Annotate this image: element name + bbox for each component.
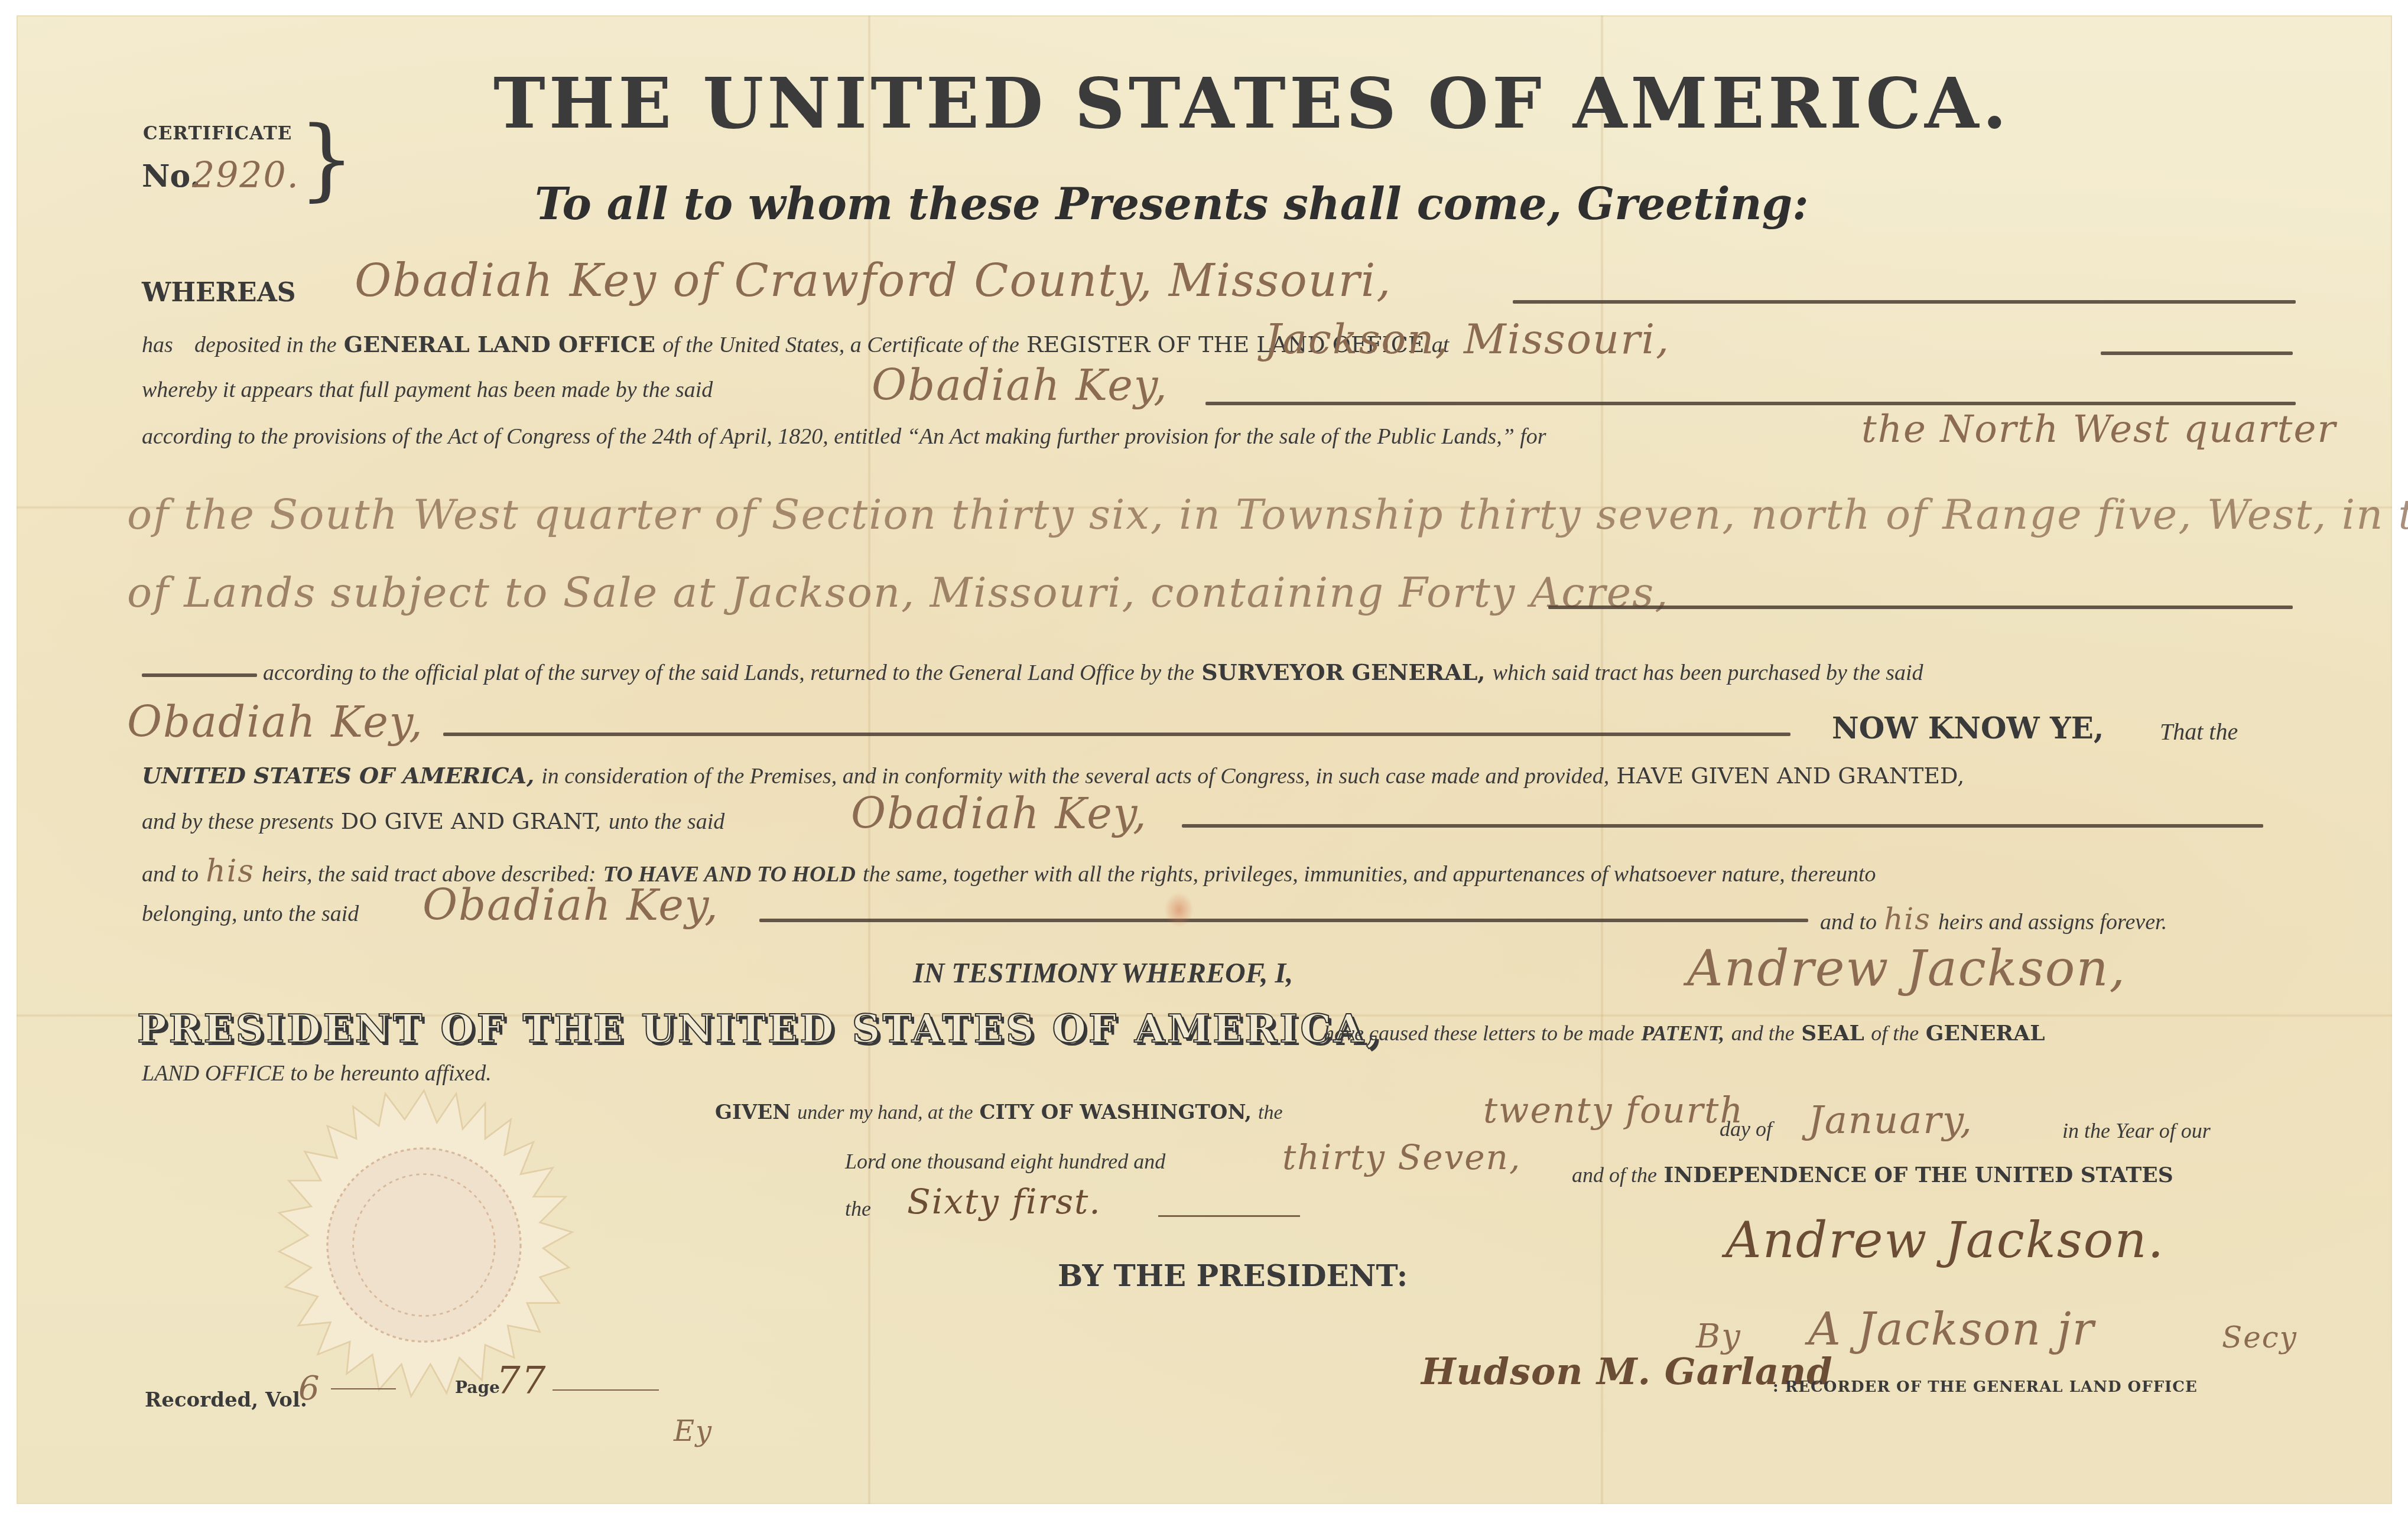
- fill-rule: [1182, 824, 2263, 828]
- grantee-name-handwritten: Obadiah Key,: [872, 360, 1168, 410]
- secretary-title: Secy: [2222, 1320, 2297, 1355]
- the-label: the: [845, 1196, 871, 1221]
- fill-rule: [1158, 1215, 1300, 1217]
- line-act-of-congress: according to the provisions of the Act o…: [142, 424, 1546, 450]
- tract-description-handwritten: the North West quarter: [1861, 408, 2336, 451]
- fill-rule: [443, 733, 1790, 736]
- date-year-handwritten: thirty Seven,: [1282, 1137, 1521, 1177]
- certificate-number: 2920.: [192, 155, 300, 196]
- line-given: GIVEN under my hand, at the CITY OF WASH…: [715, 1101, 1282, 1124]
- year-of-our-label: in the Year of our: [2062, 1118, 2211, 1143]
- brace-icon: }: [298, 115, 355, 204]
- fill-rule: [331, 1388, 396, 1389]
- fill-rule: [759, 919, 1808, 922]
- lord-one-thousand: Lord one thousand eight hundred and: [845, 1149, 1165, 1174]
- testimony-heading: IN TESTIMONY WHEREOF, I,: [913, 957, 1293, 990]
- recorded-volume-handwritten: 6: [298, 1369, 321, 1408]
- line-belonging: belonging, unto the said: [142, 901, 359, 927]
- fold-crease-vertical: [867, 15, 871, 1504]
- general-land-office-seal-icon: [263, 1084, 585, 1406]
- margin-mark: Ey: [674, 1415, 713, 1448]
- fill-rule: [1548, 606, 2293, 609]
- fill-rule: [1513, 300, 2296, 304]
- document-title: THE UNITED STATES OF AMERICA.: [493, 62, 2010, 144]
- date-month-handwritten: January,: [1808, 1099, 1973, 1143]
- recorder-title: : RECORDER OF THE GENERAL LAND OFFICE: [1773, 1378, 2198, 1396]
- line-to-have-and-hold: and to his heirs, the said tract above d…: [142, 854, 1876, 889]
- line-patent: have caused these letters to be made PAT…: [1324, 1021, 2045, 1046]
- line-consideration: UNITED STATES OF AMERICA, in considerati…: [142, 762, 1964, 789]
- land-office-location-handwritten: Jackson, Missouri,: [1265, 315, 1670, 363]
- line-independence: and of the INDEPENDENCE OF THE UNITED ST…: [1572, 1163, 2173, 1187]
- line-give-and-grant: and by these presents DO GIVE AND GRANT,…: [142, 808, 724, 835]
- grantee-name-handwritten: Obadiah Key,: [423, 880, 719, 930]
- president-name-handwritten: Andrew Jackson,: [1687, 939, 2126, 997]
- greeting-line: To all to whom these Presents shall come…: [535, 179, 1809, 230]
- tract-description-handwritten: of Lands subject to Sale at Jackson, Mis…: [127, 568, 1669, 617]
- grantee-name-handwritten: Obadiah Key,: [851, 789, 1148, 838]
- president-signature: Andrew Jackson.: [1725, 1211, 2165, 1269]
- stain: [1164, 892, 1194, 927]
- fill-rule: [1205, 402, 2296, 405]
- fill-rule: [142, 673, 257, 677]
- tract-description-handwritten: of the South West quarter of Section thi…: [127, 490, 2408, 539]
- president-title: PRESIDENT OF THE UNITED STATES OF AMERIC…: [137, 1005, 1382, 1052]
- certificate-label: CERTIFICATE: [143, 123, 292, 144]
- secretary-signature: A Jackson jr: [1808, 1303, 2095, 1355]
- line-whereby: whereby it appears that full payment has…: [142, 377, 713, 403]
- line-heirs-forever: and to his heirs and assigns forever.: [1820, 902, 2167, 936]
- fill-rule: [553, 1389, 659, 1391]
- now-know-ye: NOW KNOW YE,: [1832, 711, 2104, 746]
- date-day-handwritten: twenty fourth: [1483, 1090, 1744, 1131]
- grantee-name-handwritten: Obadiah Key,: [127, 697, 424, 747]
- line-deposited: has deposited in the GENERAL LAND OFFICE…: [142, 331, 1449, 358]
- independence-year-handwritten: Sixty first.: [907, 1182, 1101, 1222]
- by-the-president: BY THE PRESIDENT:: [1058, 1258, 1408, 1293]
- that-the: That the: [2160, 718, 2238, 746]
- recorder-signature: Hudson M. Garland: [1421, 1350, 1833, 1393]
- day-of-label: day of: [1720, 1117, 1772, 1141]
- recorded-page-handwritten: 77: [496, 1359, 547, 1402]
- recorded-page-label: Page: [455, 1378, 500, 1397]
- fill-rule: [2101, 351, 2293, 355]
- line-official-plat: according to the official plat of the su…: [263, 659, 1923, 686]
- grantee-full-handwritten: Obadiah Key of Crawford County, Missouri…: [355, 254, 1392, 307]
- fold-crease-vertical: [1600, 15, 1604, 1504]
- land-office-affixed: LAND OFFICE to be hereunto affixed.: [142, 1060, 492, 1086]
- whereas-label: WHEREAS: [142, 278, 296, 308]
- recorded-volume-label: Recorded, Vol.: [145, 1388, 307, 1412]
